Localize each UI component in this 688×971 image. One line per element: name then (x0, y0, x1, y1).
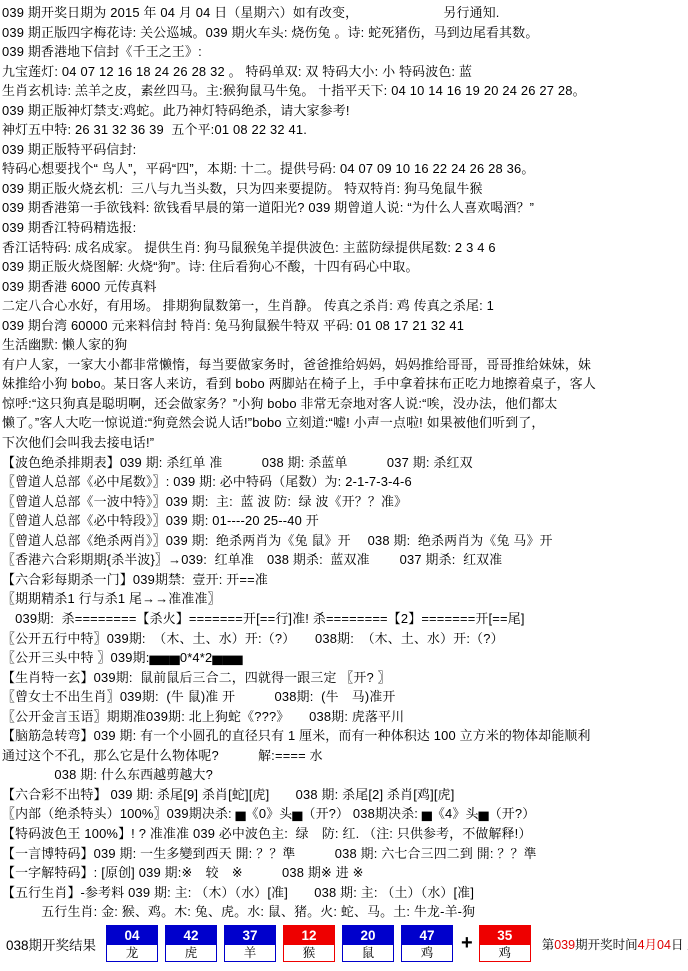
result-ball: 12 猴 (283, 925, 335, 962)
text-line: 039 期台湾 60000 元来料信封 特肖: 兔马狗鼠猴牛特双 平码: 01 … (2, 316, 688, 336)
text-line: 039 期香港地下信封《千王之王》: (2, 42, 688, 62)
text-line: 〖香港六合彩期期{杀半波}〗→039: 红单准 038 期杀: 蓝双准 037 … (2, 550, 688, 570)
text-line: 〖曾女士不出生肖〗039期: (牛 鼠)准 开 038期: (牛 马)准开 (2, 687, 688, 707)
text-line: 【一字解特码】: [原创] 039 期:※ 较 ※ 038 期※ 进 ※ (2, 863, 688, 883)
text-line: 039 期香江特码精选报: (2, 218, 688, 238)
text-line: 【特码波色王 100%】! ? 准准准 039 必中波色主: 绿 防: 红. （… (2, 824, 688, 844)
text-line: 生肖玄机诗: 羔羊之皮，素丝四马。主:猴狗鼠马牛兔。 十指平天下: 04 10 … (2, 81, 688, 101)
ball-number: 12 (284, 926, 334, 945)
ball-number: 04 (107, 926, 157, 945)
lottery-info-document: 039 期开奖日期为 2015 年 04 月 04 日（星期六）如有改变， 另行… (0, 0, 688, 965)
text-line: 〖公开三头中特 〗039期:▅▅▅0*4*2▅▅▅ (2, 648, 688, 668)
ball-number: 47 (402, 926, 452, 945)
ball-zodiac: 虎 (166, 945, 216, 961)
ball-zodiac: 龙 (107, 945, 157, 961)
text-line: 039 期香港第一手欲钱料: 欲钱看早晨的第一道阳光? 039 期曾道人说: “… (2, 198, 688, 218)
text-line: 〖曾道人总部《必中特段》〗039 期: 01----20 25--40 开 (2, 511, 688, 531)
text-line: 五行生肖: 金: 猴、鸡。木: 兔、虎。水: 鼠、猪。火: 蛇、马。土: 牛龙-… (2, 902, 688, 922)
ball-number: 35 (480, 926, 530, 945)
text-line: 039 期开奖日期为 2015 年 04 月 04 日（星期六）如有改变， 另行… (2, 3, 688, 23)
text-line: 妹推给小狗 bobo。某日客人来访，看到 bobo 两脚站在椅子上，手中拿着抹布… (2, 374, 688, 394)
ball-zodiac: 鸡 (402, 945, 452, 961)
text-line: 【波色绝杀排期表】039 期: 杀红单 准 038 期: 杀蓝单 037 期: … (2, 453, 688, 473)
text-line: 下次他们会叫我去接电话!” (2, 433, 688, 453)
next-draw-segment: 期开奖时间 (575, 938, 638, 952)
ball-zodiac: 鸡 (480, 945, 530, 961)
ball-number: 42 (166, 926, 216, 945)
next-draw-segment: 第 (542, 938, 555, 952)
text-line: 〖曾道人总部《一波中特》〗039 期: 主: 蓝 波 防: 绿 波《开？？准》 (2, 492, 688, 512)
text-line: 〖曾道人总部《绝杀两肖》〗039 期: 绝杀两肖为《兔 鼠》开 038 期: 绝… (2, 531, 688, 551)
text-line: 【脑筋急转弯】039 期: 有一个小圆孔的直径只有 1 厘米，而有一种体积达 1… (2, 726, 688, 746)
next-draw-segment: 039 (554, 938, 575, 952)
text-line: 039 期正版神灯禁支:鸡蛇。此乃神灯特码绝杀，请大家参考! (2, 101, 688, 121)
text-line: 神灯五中特: 26 31 32 36 39 五个平:01 08 22 32 41… (2, 120, 688, 140)
plus-sign: + (461, 932, 473, 955)
result-ball: 37 羊 (224, 925, 276, 962)
ball-zodiac: 鼠 (343, 945, 393, 961)
text-line: 039 期香港 6000 元传真料 (2, 277, 688, 297)
result-ball: 20 鼠 (342, 925, 394, 962)
ball-zodiac: 羊 (225, 945, 275, 961)
next-draw-time: 第039期开奖时间4月04日 星期六晚上9:30 (542, 935, 688, 953)
text-line: 二定八合心水好，有用场。 排期狗鼠数第一，生肖静。 传真之杀肖: 鸡 传真之杀尾… (2, 296, 688, 316)
next-draw-segment: 日 星期 (671, 938, 688, 952)
text-line: 懒了。”客人大吃一惊说道:“狗竟然会说人话!”bobo 立刻道:“嘘! 小声一点… (2, 413, 688, 433)
text-line: 【六合彩不出特】 039 期: 杀尾[9] 杀肖[蛇][虎] 038 期: 杀尾… (2, 785, 688, 805)
text-line: 特码心想要找个“ 鸟人”，平码“四”，本期: 十二。提供号码: 04 07 09… (2, 159, 688, 179)
text-line: 039 期正版特平码信封: (2, 140, 688, 160)
text-line: 039 期正版火烧玄机: 三八与九当头数，只为四来要提防。 特双特肖: 狗马兔鼠… (2, 179, 688, 199)
text-line: 有户人家，一家大小都非常懒惰，每当要做家务时，爸爸推给妈妈，妈妈推给哥哥，哥哥推… (2, 355, 688, 375)
draw-results-bar: 038期开奖结果 04 龙 42 虎 37 羊 12 猴 20 鼠 47 鸡 +… (2, 923, 688, 965)
text-line: 生活幽默: 懒人家的狗 (2, 335, 688, 355)
text-line: 〖内部（绝杀特头）100%〗039期决杀: ▅《0》头▅（开?） 038期决杀:… (2, 804, 688, 824)
text-line: 九宝莲灯: 04 07 12 16 18 24 26 28 32 。 特码单双:… (2, 62, 688, 82)
ball-zodiac: 猴 (284, 945, 334, 961)
text-line: 【一言博特码】039 期: 一生多變到西天 開: ？？準 038 期: 六七合三… (2, 844, 688, 864)
text-line: 【生肖特一玄】039期: 鼠前鼠后三合二，四就得一跟三定 〖开? 〗 (2, 668, 688, 688)
ball-number: 20 (343, 926, 393, 945)
result-ball: 42 虎 (165, 925, 217, 962)
text-line: 〖曾道人总部《必中尾数》〗: 039 期: 必中特码（尾数）为: 2-1-7-3… (2, 472, 688, 492)
text-line: 惊呼:“这只狗真是聪明啊，还会做家务？”小狗 bobo 非常无奈地对客人说:“唉… (2, 394, 688, 414)
text-line: 〖期期精杀1 行与杀1 尾→→准准准〗 (2, 589, 688, 609)
text-line: 通过这个不孔，那么它是什么物体呢? 解:==== 水 (2, 746, 688, 766)
text-line: 香江话特码: 成名成家。 提供生肖: 狗马鼠猴兔羊提供波色: 主蓝防绿提供尾数:… (2, 238, 688, 258)
ball-number: 37 (225, 926, 275, 945)
text-line: 〖公开金言玉语〗期期准039期: 北上狗蛇《???》 038期: 虎落平川 (2, 707, 688, 727)
text-line: 038 期: 什么东西越剪越大? (2, 765, 688, 785)
text-line: 039 期正版火烧图解: 火烧“狗”。诗: 住后看狗心不酸，十四有码心中取。 (2, 257, 688, 277)
result-ball: 47 鸡 (401, 925, 453, 962)
results-label: 038期开奖结果 (6, 934, 96, 954)
text-line: 039 期正版四字梅花诗: 关公巡城。039 期火车头: 烧伤兔 。诗: 蛇死猪… (2, 23, 688, 43)
result-ball: 04 龙 (106, 925, 158, 962)
text-line: 039期: 杀========【杀火】=======开[==行]准! 杀====… (2, 609, 688, 629)
next-draw-segment: 4月04 (638, 938, 671, 952)
text-line: 【六合彩每期杀一门】039期禁: 壹开: 开==准 (2, 570, 688, 590)
text-line: 〖公开五行中特〗039期: （木、土、水）开:（?） 038期: （木、土、水）… (2, 629, 688, 649)
result-ball-special: 35 鸡 (479, 925, 531, 962)
text-line: 【五行生肖】-参考料 039 期: 主: （木）（水）[准] 038 期: 主:… (2, 883, 688, 903)
